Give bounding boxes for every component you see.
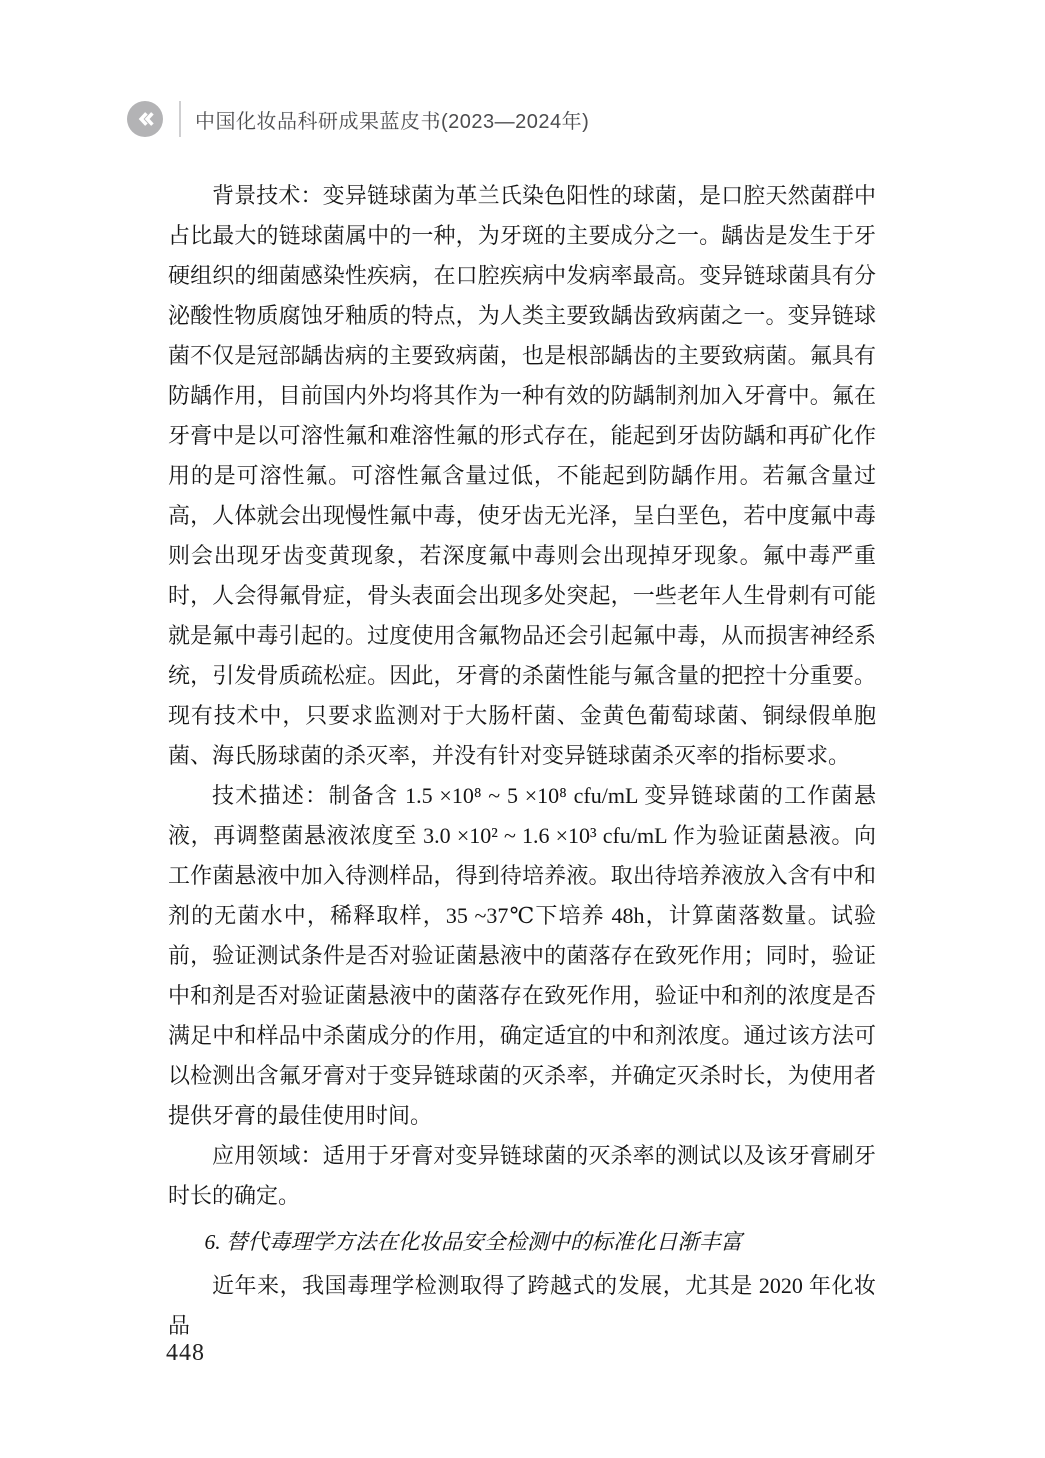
paragraph-intro-toxicology: 近年来，我国毒理学检测取得了跨越式的发展，尤其是 2020 年化妆品 xyxy=(168,1266,876,1346)
book-title: 中国化妆品科研成果蓝皮书(2023—2024年) xyxy=(195,105,589,134)
page-number: 448 xyxy=(166,1338,205,1368)
paragraph-application-field: 应用领域：适用于牙膏对变异链球菌的灭杀率的测试以及该牙膏刷牙时长的确定。 xyxy=(168,1136,876,1216)
book-page: { "header": { "title": "中国化妆品科研成果蓝皮书(202… xyxy=(0,0,1045,1458)
page-body-text: 背景技术：变异链球菌为革兰氏染色阳性的球菌，是口腔天然菌群中占比最大的链球菌属中… xyxy=(168,176,876,1346)
double-chevron-left-icon xyxy=(127,101,163,137)
paragraph-technical-description: 技术描述：制备含 1.5 ×10⁸ ~ 5 ×10⁸ cfu/mL 变异链球菌的… xyxy=(168,776,876,1136)
paragraph-background-technology: 背景技术：变异链球菌为革兰氏染色阳性的球菌，是口腔天然菌群中占比最大的链球菌属中… xyxy=(168,176,876,776)
page-header: 中国化妆品科研成果蓝皮书(2023—2024年) xyxy=(127,101,589,137)
section-heading: 6. 替代毒理学方法在化妆品安全检测中的标准化日渐丰富 xyxy=(168,1222,876,1262)
header-divider xyxy=(179,101,181,137)
